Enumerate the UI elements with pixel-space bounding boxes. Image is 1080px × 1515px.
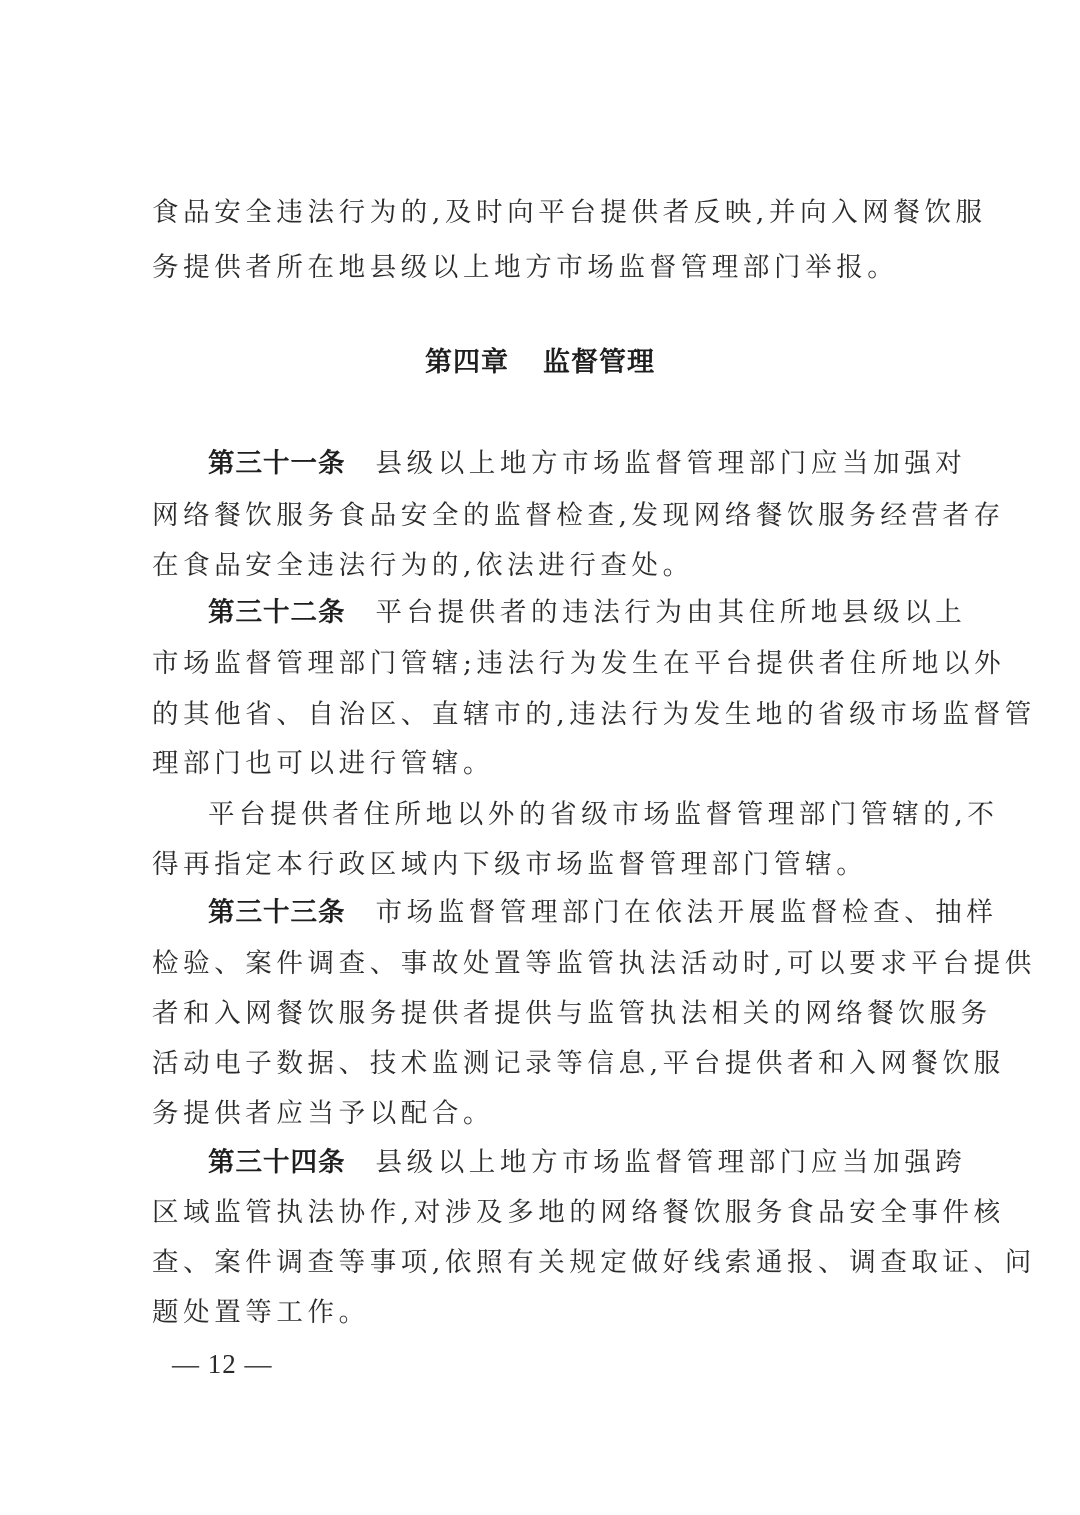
text-line: 题处置等工作。 bbox=[152, 1295, 932, 1331]
article-label: 第三十一条 bbox=[208, 448, 346, 479]
text-line: 活动电子数据、技术监测记录等信息,平台提供者和入网餐饮服 bbox=[152, 1046, 932, 1082]
article-first-line: 第三十三条市场监督管理部门在依法开展监督检查、抽样 bbox=[208, 895, 988, 931]
article-label: 第三十三条 bbox=[208, 897, 346, 928]
text-line: 区域监管执法协作,对涉及多地的网络餐饮服务食品安全事件核 bbox=[152, 1195, 932, 1231]
text-line: 务提供者所在地县级以上地方市场监督管理部门举报。 bbox=[152, 250, 932, 286]
chapter-number: 第四章 bbox=[425, 347, 509, 378]
text-line: 市场监督管理部门在依法开展监督检查、抽样 bbox=[376, 897, 998, 928]
text-line: 市场监督管理部门管辖;违法行为发生在平台提供者住所地以外 bbox=[152, 646, 932, 682]
article-first-line: 第三十二条平台提供者的违法行为由其住所地县级以上 bbox=[208, 595, 988, 631]
article-first-line: 第三十一条县级以上地方市场监督管理部门应当加强对 bbox=[208, 446, 988, 482]
text-line: 县级以上地方市场监督管理部门应当加强跨 bbox=[376, 1147, 967, 1178]
document-page: 食品安全违法行为的,及时向平台提供者反映,并向入网餐饮服 务提供者所在地县级以上… bbox=[0, 0, 1080, 1515]
page-number: — 12 — bbox=[172, 1346, 273, 1382]
text-line: 网络餐饮服务食品安全的监督检查,发现网络餐饮服务经营者存 bbox=[152, 498, 932, 534]
article-first-line: 第三十四条县级以上地方市场监督管理部门应当加强跨 bbox=[208, 1145, 988, 1181]
text-line: 平台提供者住所地以外的省级市场监督管理部门管辖的,不 bbox=[208, 797, 988, 833]
text-line: 务提供者应当予以配合。 bbox=[152, 1096, 932, 1132]
text-line: 食品安全违法行为的,及时向平台提供者反映,并向入网餐饮服 bbox=[152, 195, 932, 231]
text-line: 者和入网餐饮服务提供者提供与监管执法相关的网络餐饮服务 bbox=[152, 996, 932, 1032]
text-line: 检验、案件调查、事故处置等监管执法活动时,可以要求平台提供 bbox=[152, 946, 932, 982]
chapter-heading: 第四章监督管理 bbox=[0, 345, 1080, 381]
text-line: 理部门也可以进行管辖。 bbox=[152, 746, 932, 782]
article-label: 第三十二条 bbox=[208, 597, 346, 628]
text-line: 查、案件调查等事项,依照有关规定做好线索通报、调查取证、问 bbox=[152, 1245, 932, 1281]
chapter-title: 监督管理 bbox=[543, 347, 655, 378]
text-line: 县级以上地方市场监督管理部门应当加强对 bbox=[376, 448, 967, 479]
article-label: 第三十四条 bbox=[208, 1147, 346, 1178]
text-line: 得再指定本行政区域内下级市场监督管理部门管辖。 bbox=[152, 847, 932, 883]
text-line: 在食品安全违法行为的,依法进行查处。 bbox=[152, 548, 932, 584]
text-line: 平台提供者的违法行为由其住所地县级以上 bbox=[376, 597, 967, 628]
text-line: 的其他省、自治区、直辖市的,违法行为发生地的省级市场监督管 bbox=[152, 697, 932, 733]
